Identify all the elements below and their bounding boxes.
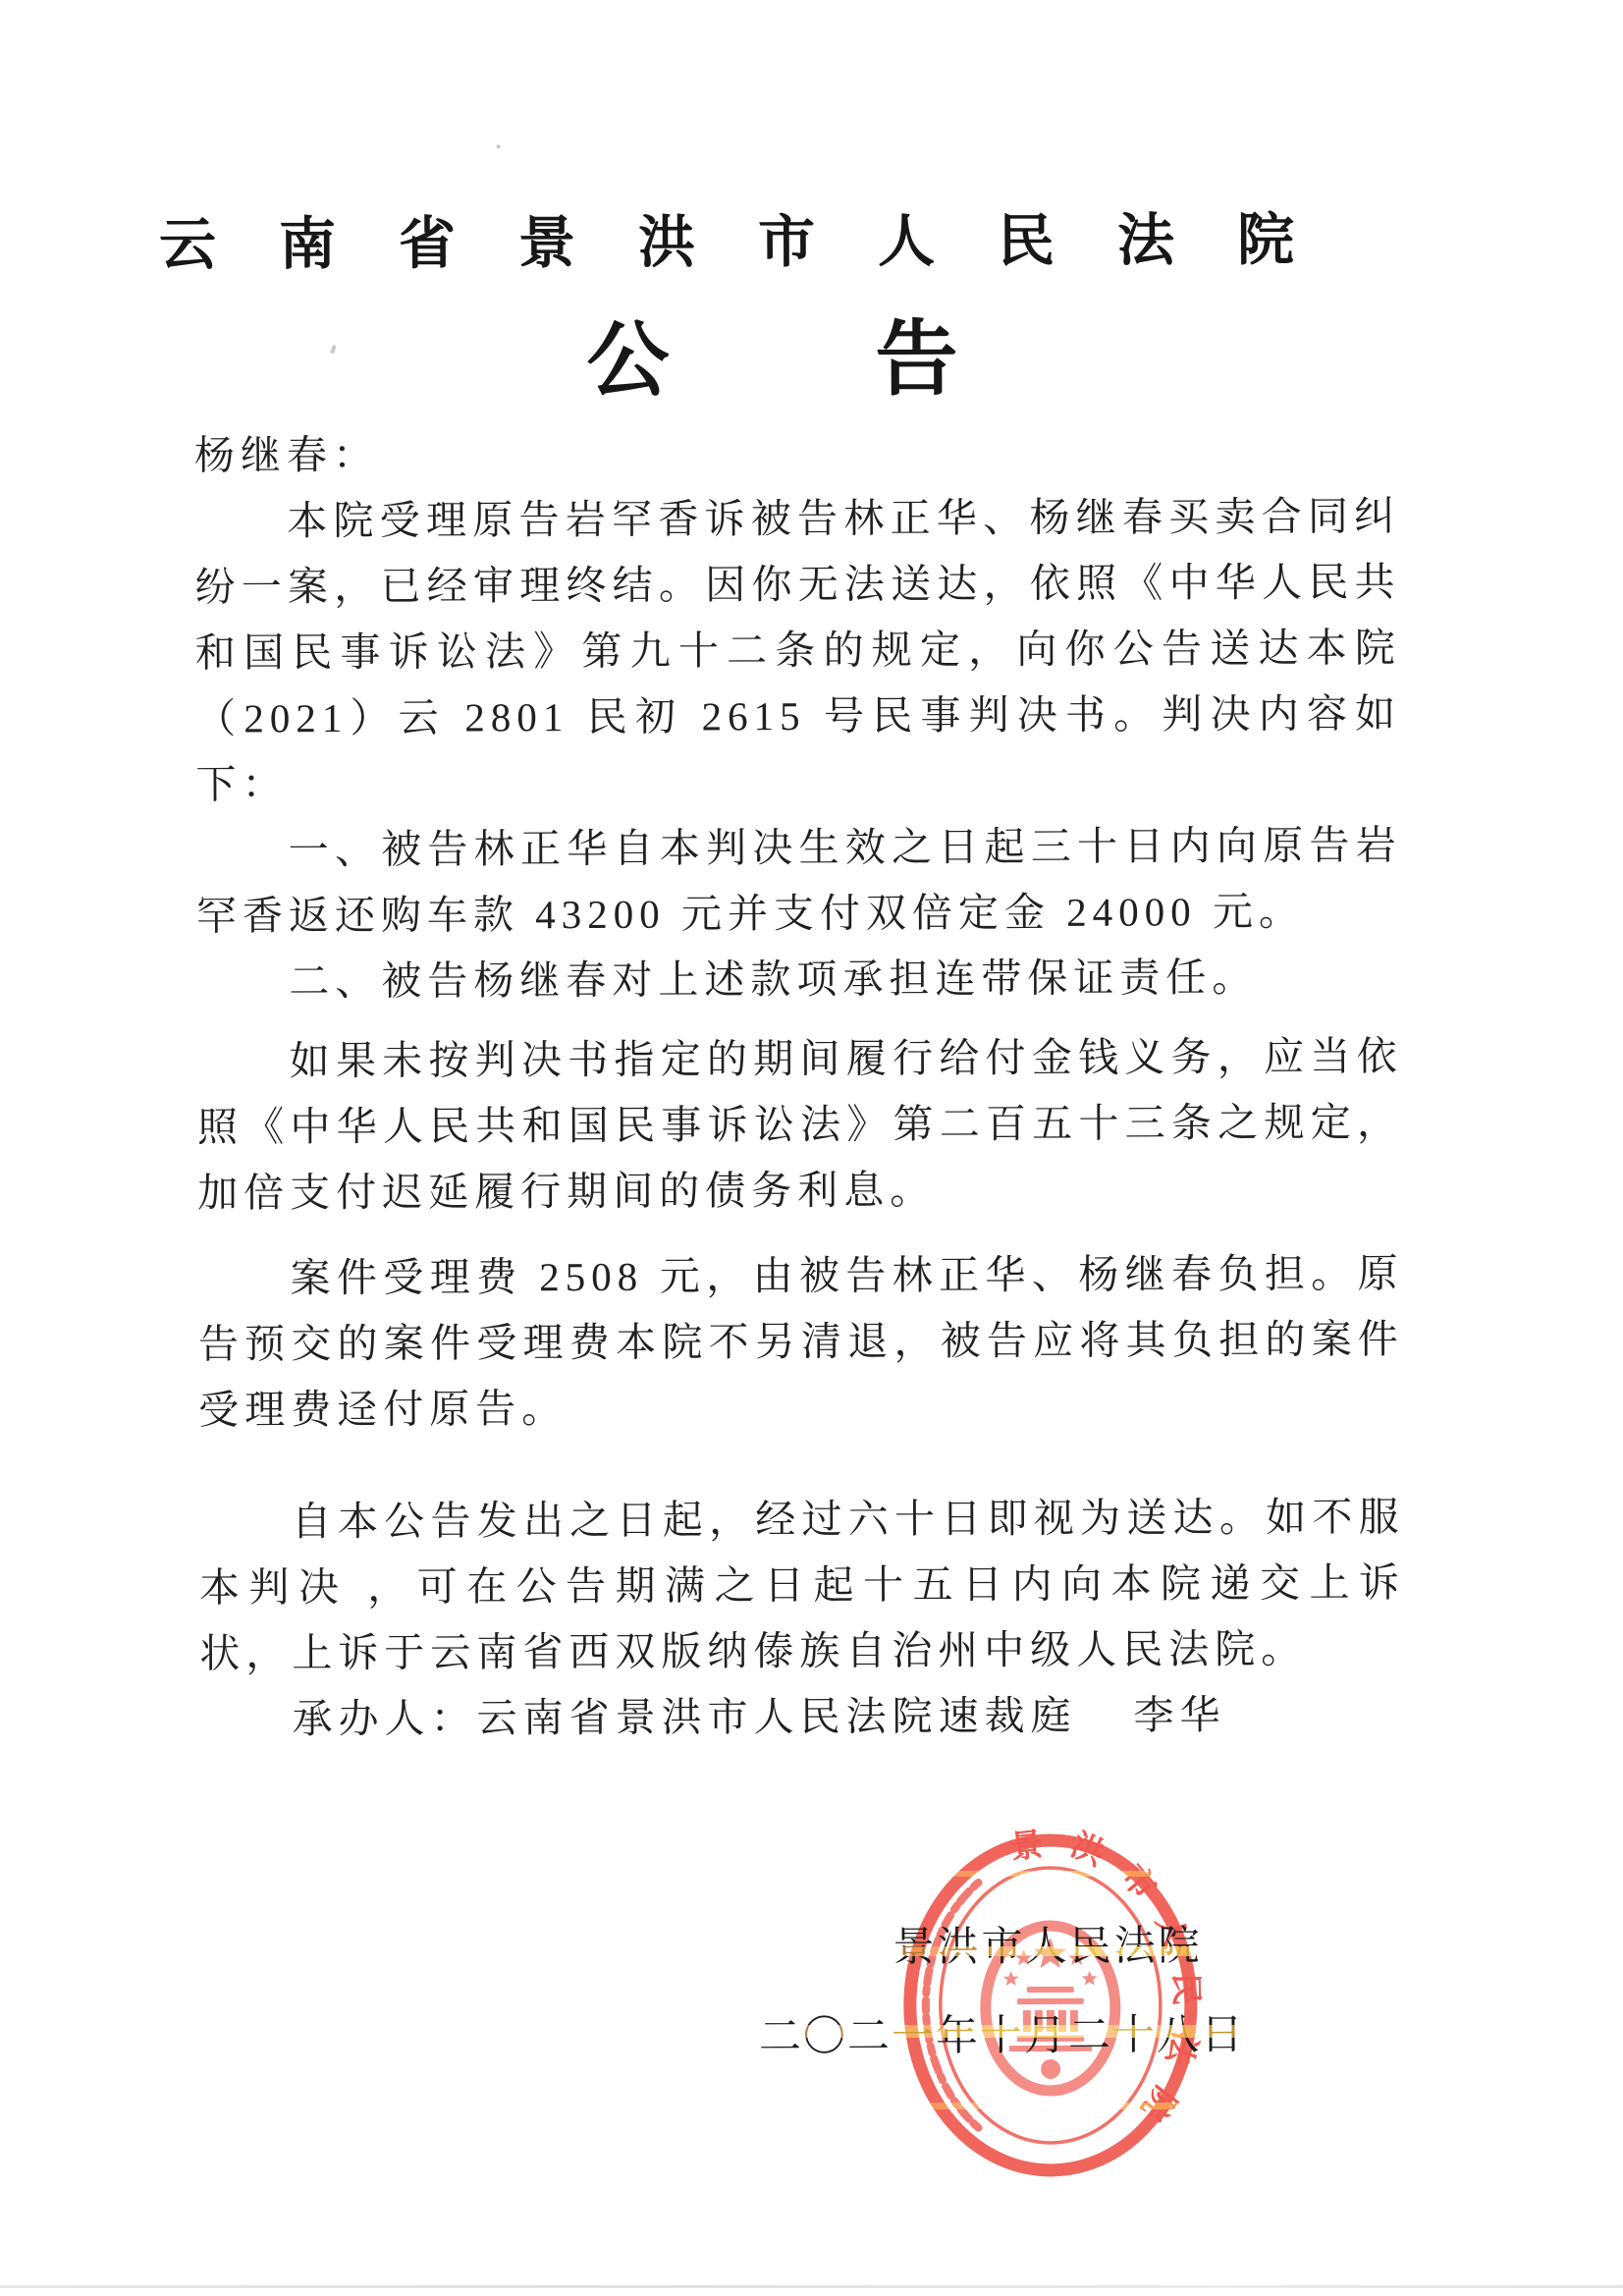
- emblem-star-small-3: [1003, 1971, 1019, 1986]
- undertaker-line: 承办人：云南省景洪市人民法院速裁庭李华: [199, 1681, 1405, 1752]
- court-name-title: 云南省景洪市人民法院: [159, 207, 1357, 278]
- paragraph-case-intro: 本院受理原告岩罕香诉被告林正华、杨继春买卖合同纠纷一案，已经审理终结。因你无法送…: [194, 483, 1401, 817]
- undertaker-name: 李华: [1133, 1692, 1225, 1737]
- scanned-court-notice-page: 云南省景洪市人民法院 公告 杨继春： 本院受理原告岩罕香诉被告林正华、杨继春买卖…: [0, 0, 1623, 2296]
- scan-speck: [330, 345, 337, 355]
- emblem-roof-upper: [1027, 1987, 1074, 1993]
- undertaker-department: 云南省景洪市人民法院速裁庭: [476, 1693, 1076, 1741]
- paragraph-interest-clause: 如果未按判决书指定的期间履行给付金钱义务，应当依照《中华人民共和国民事诉讼法》第…: [196, 1023, 1403, 1226]
- emblem-star-small-4: [1082, 1971, 1098, 1986]
- notice-body: 杨继春： 本院受理原告岩罕香诉被告林正华、杨继春买卖合同纠纷一案，已经审理终结。…: [194, 417, 1406, 1752]
- signature-court-line: 景洪市人民法院: [893, 1913, 1202, 1973]
- paragraph-court-fee: 案件受理费 2508 元，由被告林正华、杨继春负担。原告预交的案件受理费本院不另…: [197, 1240, 1404, 1443]
- undertaker-label: 承办人：: [292, 1695, 476, 1741]
- scan-tilt-wrapper: 云南省景洪市人民法院 公告 杨继春： 本院受理原告岩罕香诉被告林正华、杨继春买卖…: [0, 0, 1623, 2296]
- scan-speck: [497, 144, 501, 148]
- paragraph-service-and-appeal: 自本公告发出之日起，经过六十日即视为送达。如不服本判决 ，可在公告期满之日起十五…: [199, 1484, 1406, 1686]
- paragraph-judgment-item-2: 二、被告杨继春对上述款项承担连带保证责任。: [196, 944, 1402, 1014]
- notice-title: 公告: [586, 314, 1163, 404]
- paragraph-judgment-item-1: 一、被告林正华自本判决生效之日起三十日内向原告岩罕香返还购车款 43200 元并…: [196, 812, 1403, 949]
- signature-date-line: 二〇二一年十月二十八日: [759, 2001, 1245, 2063]
- addressee-line: 杨继春：: [194, 417, 1400, 488]
